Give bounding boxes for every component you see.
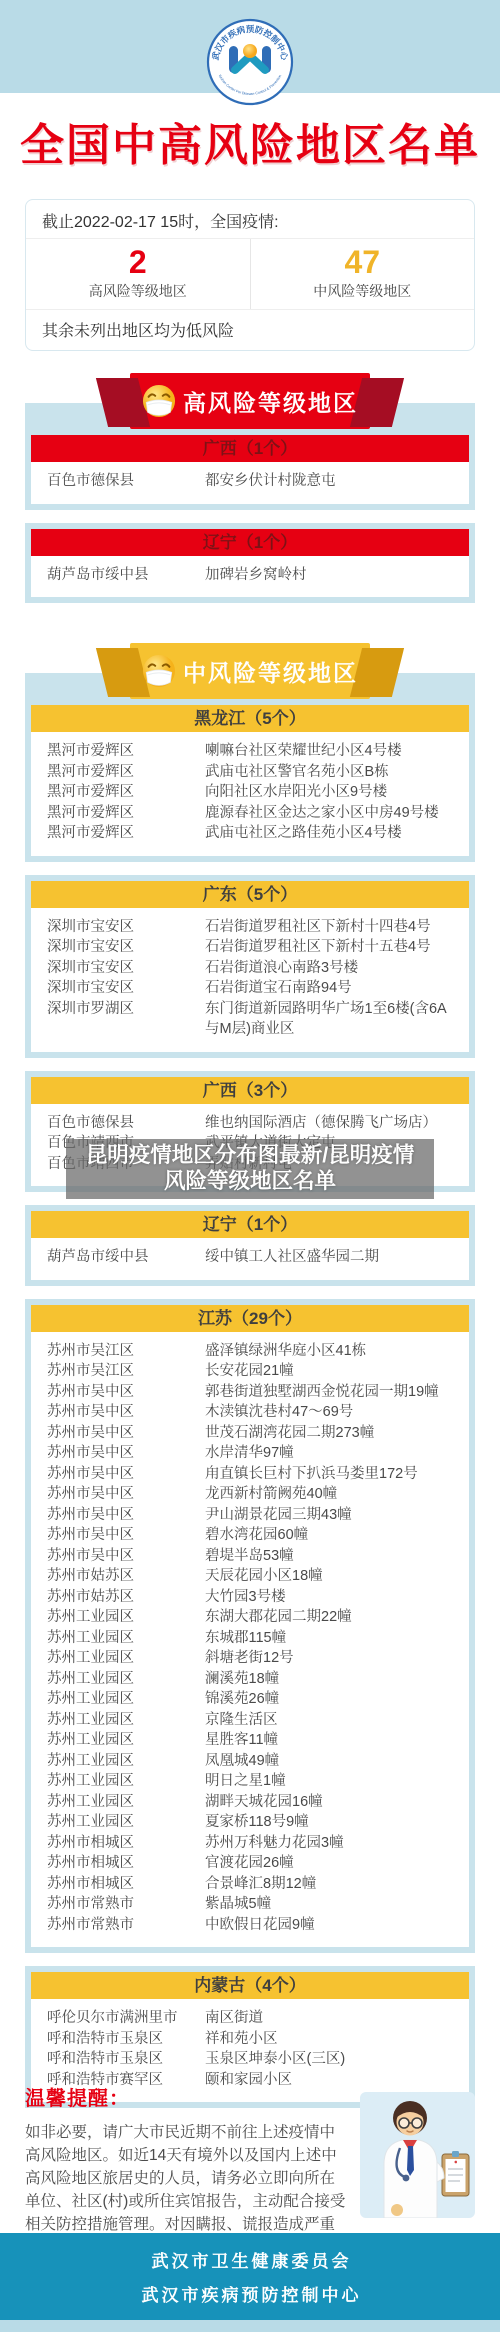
- header-band: 武汉市疾病预防控制中心 Wuhan Center For Disease Con…: [0, 0, 500, 93]
- risk-area-row: 苏州工业园区东湖大郡花园二期22幢: [41, 1607, 459, 1628]
- area-cell: 呼和浩特市玉泉区: [41, 2049, 205, 2070]
- watermark-line2: 风险等级地区名单: [66, 1168, 434, 1194]
- doctor-image: [360, 2092, 475, 2218]
- risk-area-row: 深圳市宝安区石岩街道宝石南路94号: [41, 978, 459, 999]
- risk-area-row: 苏州市姑苏区大竹园3号楼: [41, 1587, 459, 1608]
- risk-area-row: 苏州市相城区官渡花园26幢: [41, 1853, 459, 1874]
- footer-bottom-strip: [0, 2320, 500, 2332]
- banner-high-risk: 高风险等级地区: [130, 373, 370, 429]
- place-cell: 官渡花园26幢: [205, 1853, 459, 1874]
- province-header: 黑龙江（5个）: [31, 705, 469, 732]
- area-cell: 苏州市常熟市: [41, 1894, 205, 1915]
- risk-area-row: 黑河市爱辉区鹿源春社区金达之家小区中房49号楼: [41, 803, 459, 824]
- area-cell: 苏州市吴中区: [41, 1525, 205, 1546]
- province-card: 广西（1个）百色市德保县都安乡伏计村陇意屯: [31, 435, 469, 504]
- place-cell: 石岩街道浪心南路3号楼: [205, 958, 459, 979]
- place-cell: 石岩街道罗租社区下新村十四巷4号: [205, 917, 459, 938]
- area-cell: 黑河市爱辉区: [41, 803, 205, 824]
- province-header: 广西（3个）: [31, 1077, 469, 1104]
- province-panel: 辽宁（1个）葫芦岛市绥中县加碑岩乡窝岭村: [25, 523, 475, 604]
- province-card: 辽宁（1个）葫芦岛市绥中县加碑岩乡窝岭村: [31, 529, 469, 598]
- risk-area-row: 黑河市爱辉区喇嘛台社区荣耀世纪小区4号楼: [41, 741, 459, 762]
- area-cell: 苏州市吴中区: [41, 1382, 205, 1403]
- province-header: 江苏（29个）: [31, 1305, 469, 1332]
- risk-area-row: 苏州市常熟市中欧假日花园9幢: [41, 1915, 459, 1936]
- place-cell: 喇嘛台社区荣耀世纪小区4号楼: [205, 741, 459, 762]
- risk-area-row: 百色市德保县维也纳国际酒店（德保腾飞广场店）: [41, 1113, 459, 1134]
- province-rows: 百色市德保县都安乡伏计村陇意屯: [31, 462, 469, 504]
- risk-area-row: 苏州市吴中区碧水湾花园60幢: [41, 1525, 459, 1546]
- area-cell: 苏州市吴中区: [41, 1505, 205, 1526]
- risk-area-row: 苏州市吴中区世茂石湖湾花园二期273幢: [41, 1423, 459, 1444]
- place-cell: 碧堤半岛53幢: [205, 1546, 459, 1567]
- risk-area-row: 呼和浩特市玉泉区玉泉区坤泰小区(三区): [41, 2049, 459, 2070]
- place-cell: 维也纳国际酒店（德保腾飞广场店）: [205, 1113, 459, 1134]
- risk-area-row: 苏州工业园区星胜客11幢: [41, 1730, 459, 1751]
- area-cell: 苏州市吴中区: [41, 1402, 205, 1423]
- place-cell: 东城郡115幢: [205, 1628, 459, 1649]
- place-cell: 夏家桥118号9幢: [205, 1812, 459, 1833]
- place-cell: 苏州万科魅力花园3幢: [205, 1833, 459, 1854]
- province-card: 广东（5个）深圳市宝安区石岩街道罗租社区下新村十四巷4号深圳市宝安区石岩街道罗租…: [31, 881, 469, 1052]
- place-cell: 碧水湾花园60幢: [205, 1525, 459, 1546]
- area-cell: 呼和浩特市玉泉区: [41, 2029, 205, 2050]
- place-cell: 武庙屯社区警官名苑小区B栋: [205, 762, 459, 783]
- province-rows: 葫芦岛市绥中县加碑岩乡窝岭村: [31, 556, 469, 598]
- risk-area-row: 深圳市罗湖区东门街道新园路明华广场1至6楼(含6A与M层)商业区: [41, 999, 459, 1040]
- province-rows: 深圳市宝安区石岩街道罗租社区下新村十四巷4号深圳市宝安区石岩街道罗租社区下新村十…: [31, 908, 469, 1052]
- area-cell: 苏州市相城区: [41, 1853, 205, 1874]
- place-cell: 中欧假日花园9幢: [205, 1915, 459, 1936]
- area-cell: 苏州市常熟市: [41, 1915, 205, 1936]
- risk-area-row: 苏州市吴江区长安花园21幢: [41, 1361, 459, 1382]
- risk-area-row: 苏州市吴中区龙西新村箭阙苑40幢: [41, 1484, 459, 1505]
- place-cell: 加碑岩乡窝岭村: [205, 565, 459, 586]
- province-header: 广西（1个）: [31, 435, 469, 462]
- place-cell: 郭巷街道独墅湖西金悦花园一期19幢: [205, 1382, 459, 1403]
- place-cell: 东湖大郡花园二期22幢: [205, 1607, 459, 1628]
- area-cell: 苏州市相城区: [41, 1833, 205, 1854]
- area-cell: 苏州工业园区: [41, 1648, 205, 1669]
- place-cell: 盛泽镇绿洲华庭小区41栋: [205, 1341, 459, 1362]
- risk-area-row: 深圳市宝安区石岩街道浪心南路3号楼: [41, 958, 459, 979]
- banner-medium-risk: 中风险等级地区: [130, 643, 370, 699]
- area-cell: 苏州市吴江区: [41, 1341, 205, 1362]
- province-panel: 广东（5个）深圳市宝安区石岩街道罗租社区下新村十四巷4号深圳市宝安区石岩街道罗租…: [25, 875, 475, 1058]
- stats-card: 截止2022-02-17 15时，全国疫情: 2 高风险等级地区 47 中风险等…: [25, 199, 475, 351]
- place-cell: 东门街道新园路明华广场1至6楼(含6A与M层)商业区: [205, 999, 459, 1040]
- area-cell: 苏州市吴中区: [41, 1484, 205, 1505]
- wuhan-cdc-logo: 武汉市疾病预防控制中心 Wuhan Center For Disease Con…: [206, 18, 294, 106]
- area-cell: 深圳市宝安区: [41, 937, 205, 958]
- risk-area-row: 苏州工业园区东城郡115幢: [41, 1628, 459, 1649]
- area-cell: 呼伦贝尔市满洲里市: [41, 2008, 205, 2029]
- page-title: 全国中高风险地区名单: [0, 109, 500, 173]
- place-cell: 绥中镇工人社区盛华园二期: [205, 1247, 459, 1268]
- place-cell: 锦溪苑26幢: [205, 1689, 459, 1710]
- risk-area-row: 深圳市宝安区石岩街道罗租社区下新村十五巷4号: [41, 937, 459, 958]
- area-cell: 黑河市爱辉区: [41, 823, 205, 844]
- mask-face-emoji: [142, 384, 176, 418]
- place-cell: 明日之星1幢: [205, 1771, 459, 1792]
- risk-area-row: 苏州市常熟市紫晶城5幢: [41, 1894, 459, 1915]
- medium-risk-count: 47: [251, 245, 475, 279]
- banner-label: 中风险等级地区: [183, 655, 358, 688]
- place-cell: 尹山湖景花园三期43幢: [205, 1505, 459, 1526]
- place-cell: 鹿源春社区金达之家小区中房49号楼: [205, 803, 459, 824]
- province-header: 辽宁（1个）: [31, 1211, 469, 1238]
- risk-area-row: 黑河市爱辉区武庙屯社区警官名苑小区B栋: [41, 762, 459, 783]
- area-cell: 苏州市吴中区: [41, 1464, 205, 1485]
- area-cell: 深圳市罗湖区: [41, 999, 205, 1040]
- high-risk-label: 高风险等级地区: [26, 281, 250, 301]
- risk-area-row: 苏州市姑苏区天辰花园小区18幢: [41, 1566, 459, 1587]
- area-cell: 深圳市宝安区: [41, 958, 205, 979]
- place-cell: 紫晶城5幢: [205, 1894, 459, 1915]
- risk-area-row: 百色市德保县都安乡伏计村陇意屯: [41, 471, 459, 492]
- risk-area-row: 苏州工业园区锦溪苑26幢: [41, 1689, 459, 1710]
- area-cell: 百色市德保县: [41, 1113, 205, 1134]
- risk-area-row: 苏州市吴中区甪直镇长巨村下扒浜马娄里172号: [41, 1464, 459, 1485]
- risk-area-row: 苏州工业园区夏家桥118号9幢: [41, 1812, 459, 1833]
- risk-sections: 高风险等级地区广西（1个）百色市德保县都安乡伏计村陇意屯辽宁（1个）葫芦岛市绥中…: [0, 373, 500, 2108]
- risk-area-row: 深圳市宝安区石岩街道罗租社区下新村十四巷4号: [41, 917, 459, 938]
- medium-risk-label: 中风险等级地区: [251, 281, 475, 301]
- risk-area-row: 黑河市爱辉区向阳社区水岸阳光小区9号楼: [41, 782, 459, 803]
- place-cell: 玉泉区坤泰小区(三区): [205, 2049, 459, 2070]
- place-cell: 京隆生活区: [205, 1710, 459, 1731]
- area-cell: 苏州工业园区: [41, 1710, 205, 1731]
- area-cell: 苏州市姑苏区: [41, 1566, 205, 1587]
- risk-area-row: 苏州市吴中区郭巷街道独墅湖西金悦花园一期19幢: [41, 1382, 459, 1403]
- province-rows: 葫芦岛市绥中县绥中镇工人社区盛华园二期: [31, 1238, 469, 1280]
- area-cell: 葫芦岛市绥中县: [41, 565, 205, 586]
- risk-area-row: 苏州工业园区斜塘老街12号: [41, 1648, 459, 1669]
- area-cell: 黑河市爱辉区: [41, 762, 205, 783]
- risk-area-row: 苏州工业园区澜溪苑18幢: [41, 1669, 459, 1690]
- area-cell: 深圳市宝安区: [41, 978, 205, 999]
- province-rows: 苏州市吴江区盛泽镇绿洲华庭小区41栋苏州市吴江区长安花园21幢苏州市吴中区郭巷街…: [31, 1332, 469, 1948]
- risk-area-row: 苏州市相城区苏州万科魅力花园3幢: [41, 1833, 459, 1854]
- risk-area-row: 苏州工业园区凤凰城49幢: [41, 1751, 459, 1772]
- watermark-overlay: 昆明疫情地区分布图最新/昆明疫情 风险等级地区名单: [66, 1139, 434, 1199]
- footer-line2: 武汉市疾病预防控制中心: [139, 2281, 362, 2306]
- place-cell: 祥和苑小区: [205, 2029, 459, 2050]
- infographic-page: 武汉市疾病预防控制中心 Wuhan Center For Disease Con…: [0, 0, 500, 2332]
- area-cell: 苏州工业园区: [41, 1771, 205, 1792]
- area-cell: 苏州工业园区: [41, 1628, 205, 1649]
- risk-area-row: 苏州工业园区京隆生活区: [41, 1710, 459, 1731]
- province-rows: 黑河市爱辉区喇嘛台社区荣耀世纪小区4号楼黑河市爱辉区武庙屯社区警官名苑小区B栋黑…: [31, 732, 469, 856]
- area-cell: 苏州工业园区: [41, 1689, 205, 1710]
- high-risk-stat: 2 高风险等级地区: [26, 239, 251, 309]
- place-cell: 向阳社区水岸阳光小区9号楼: [205, 782, 459, 803]
- risk-area-row: 呼伦贝尔市满洲里市南区街道: [41, 2008, 459, 2029]
- risk-area-row: 葫芦岛市绥中县加碑岩乡窝岭村: [41, 565, 459, 586]
- province-card: 黑龙江（5个）黑河市爱辉区喇嘛台社区荣耀世纪小区4号楼黑河市爱辉区武庙屯社区警官…: [31, 705, 469, 856]
- place-cell: 合景峰汇8期12幢: [205, 1874, 459, 1895]
- place-cell: 石岩街道罗租社区下新村十五巷4号: [205, 937, 459, 958]
- place-cell: 大竹园3号楼: [205, 1587, 459, 1608]
- risk-area-row: 苏州市相城区合景峰汇8期12幢: [41, 1874, 459, 1895]
- doctor-illustration: [360, 2092, 475, 2218]
- place-cell: 澜溪苑18幢: [205, 1669, 459, 1690]
- risk-area-row: 呼和浩特市玉泉区祥和苑小区: [41, 2029, 459, 2050]
- place-cell: 世茂石湖湾花园二期273幢: [205, 1423, 459, 1444]
- place-cell: 长安花园21幢: [205, 1361, 459, 1382]
- risk-area-row: 苏州工业园区湖畔天城花园16幢: [41, 1792, 459, 1813]
- province-header: 广东（5个）: [31, 881, 469, 908]
- area-cell: 苏州市吴中区: [41, 1423, 205, 1444]
- medium-risk-stat: 47 中风险等级地区: [251, 239, 475, 309]
- stats-footnote: 其余未列出地区均为低风险: [26, 309, 474, 350]
- risk-area-row: 苏州市吴中区碧堤半岛53幢: [41, 1546, 459, 1567]
- footer-band: 武汉市卫生健康委员会 武汉市疾病预防控制中心: [0, 2233, 500, 2320]
- place-cell: 湖畔天城花园16幢: [205, 1792, 459, 1813]
- risk-area-row: 苏州市吴中区木渎镇沈巷村47～69号: [41, 1402, 459, 1423]
- stats-grid: 2 高风险等级地区 47 中风险等级地区: [26, 239, 474, 309]
- risk-area-row: 苏州市吴江区盛泽镇绿洲华庭小区41栋: [41, 1341, 459, 1362]
- area-cell: 苏州市相城区: [41, 1874, 205, 1895]
- place-cell: 都安乡伏计村陇意屯: [205, 471, 459, 492]
- place-cell: 龙西新村箭阙苑40幢: [205, 1484, 459, 1505]
- place-cell: 甪直镇长巨村下扒浜马娄里172号: [205, 1464, 459, 1485]
- footer: 武汉市卫生健康委员会 武汉市疾病预防控制中心: [0, 2233, 500, 2332]
- area-cell: 百色市德保县: [41, 471, 205, 492]
- area-cell: 苏州工业园区: [41, 1669, 205, 1690]
- area-cell: 苏州市吴江区: [41, 1361, 205, 1382]
- province-card: 江苏（29个）苏州市吴江区盛泽镇绿洲华庭小区41栋苏州市吴江区长安花园21幢苏州…: [31, 1305, 469, 1948]
- watermark-line1: 昆明疫情地区分布图最新/昆明疫情: [66, 1142, 434, 1168]
- province-header: 内蒙古（4个）: [31, 1972, 469, 1999]
- province-panel: 江苏（29个）苏州市吴江区盛泽镇绿洲华庭小区41栋苏州市吴江区长安花园21幢苏州…: [25, 1299, 475, 1954]
- place-cell: 天辰花园小区18幢: [205, 1566, 459, 1587]
- area-cell: 苏州工业园区: [41, 1792, 205, 1813]
- area-cell: 葫芦岛市绥中县: [41, 1247, 205, 1268]
- area-cell: 深圳市宝安区: [41, 917, 205, 938]
- area-cell: 黑河市爱辉区: [41, 741, 205, 762]
- place-cell: 木渎镇沈巷村47～69号: [205, 1402, 459, 1423]
- area-cell: 苏州市吴中区: [41, 1443, 205, 1464]
- area-cell: 黑河市爱辉区: [41, 782, 205, 803]
- place-cell: 斜塘老街12号: [205, 1648, 459, 1669]
- area-cell: 苏州工业园区: [41, 1751, 205, 1772]
- place-cell: 星胜客11幢: [205, 1730, 459, 1751]
- footer-line1: 武汉市卫生健康委员会: [149, 2247, 352, 2272]
- high-risk-count: 2: [26, 245, 250, 279]
- risk-area-row: 黑河市爱辉区武庙屯社区之路佳苑小区4号楼: [41, 823, 459, 844]
- risk-area-row: 葫芦岛市绥中县绥中镇工人社区盛华园二期: [41, 1247, 459, 1268]
- place-cell: 水岸清华97幢: [205, 1443, 459, 1464]
- place-cell: 武庙屯社区之路佳苑小区4号楼: [205, 823, 459, 844]
- area-cell: 苏州工业园区: [41, 1730, 205, 1751]
- place-cell: 凤凰城49幢: [205, 1751, 459, 1772]
- area-cell: 苏州工业园区: [41, 1607, 205, 1628]
- mask-face-emoji: [142, 654, 176, 688]
- risk-area-row: 苏州工业园区明日之星1幢: [41, 1771, 459, 1792]
- risk-area-row: 苏州市吴中区水岸清华97幢: [41, 1443, 459, 1464]
- province-panel: 黑龙江（5个）黑河市爱辉区喇嘛台社区荣耀世纪小区4号楼黑河市爱辉区武庙屯社区警官…: [25, 673, 475, 862]
- area-cell: 苏州市吴中区: [41, 1546, 205, 1567]
- area-cell: 苏州工业园区: [41, 1812, 205, 1833]
- place-cell: 南区街道: [205, 2008, 459, 2029]
- area-cell: 苏州市姑苏区: [41, 1587, 205, 1608]
- province-panel: 辽宁（1个）葫芦岛市绥中县绥中镇工人社区盛华园二期: [25, 1205, 475, 1286]
- stats-as-of: 截止2022-02-17 15时，全国疫情:: [26, 200, 474, 239]
- banner-label: 高风险等级地区: [183, 385, 358, 418]
- risk-area-row: 苏州市吴中区尹山湖景花园三期43幢: [41, 1505, 459, 1526]
- place-cell: 石岩街道宝石南路94号: [205, 978, 459, 999]
- province-card: 辽宁（1个）葫芦岛市绥中县绥中镇工人社区盛华园二期: [31, 1211, 469, 1280]
- province-header: 辽宁（1个）: [31, 529, 469, 556]
